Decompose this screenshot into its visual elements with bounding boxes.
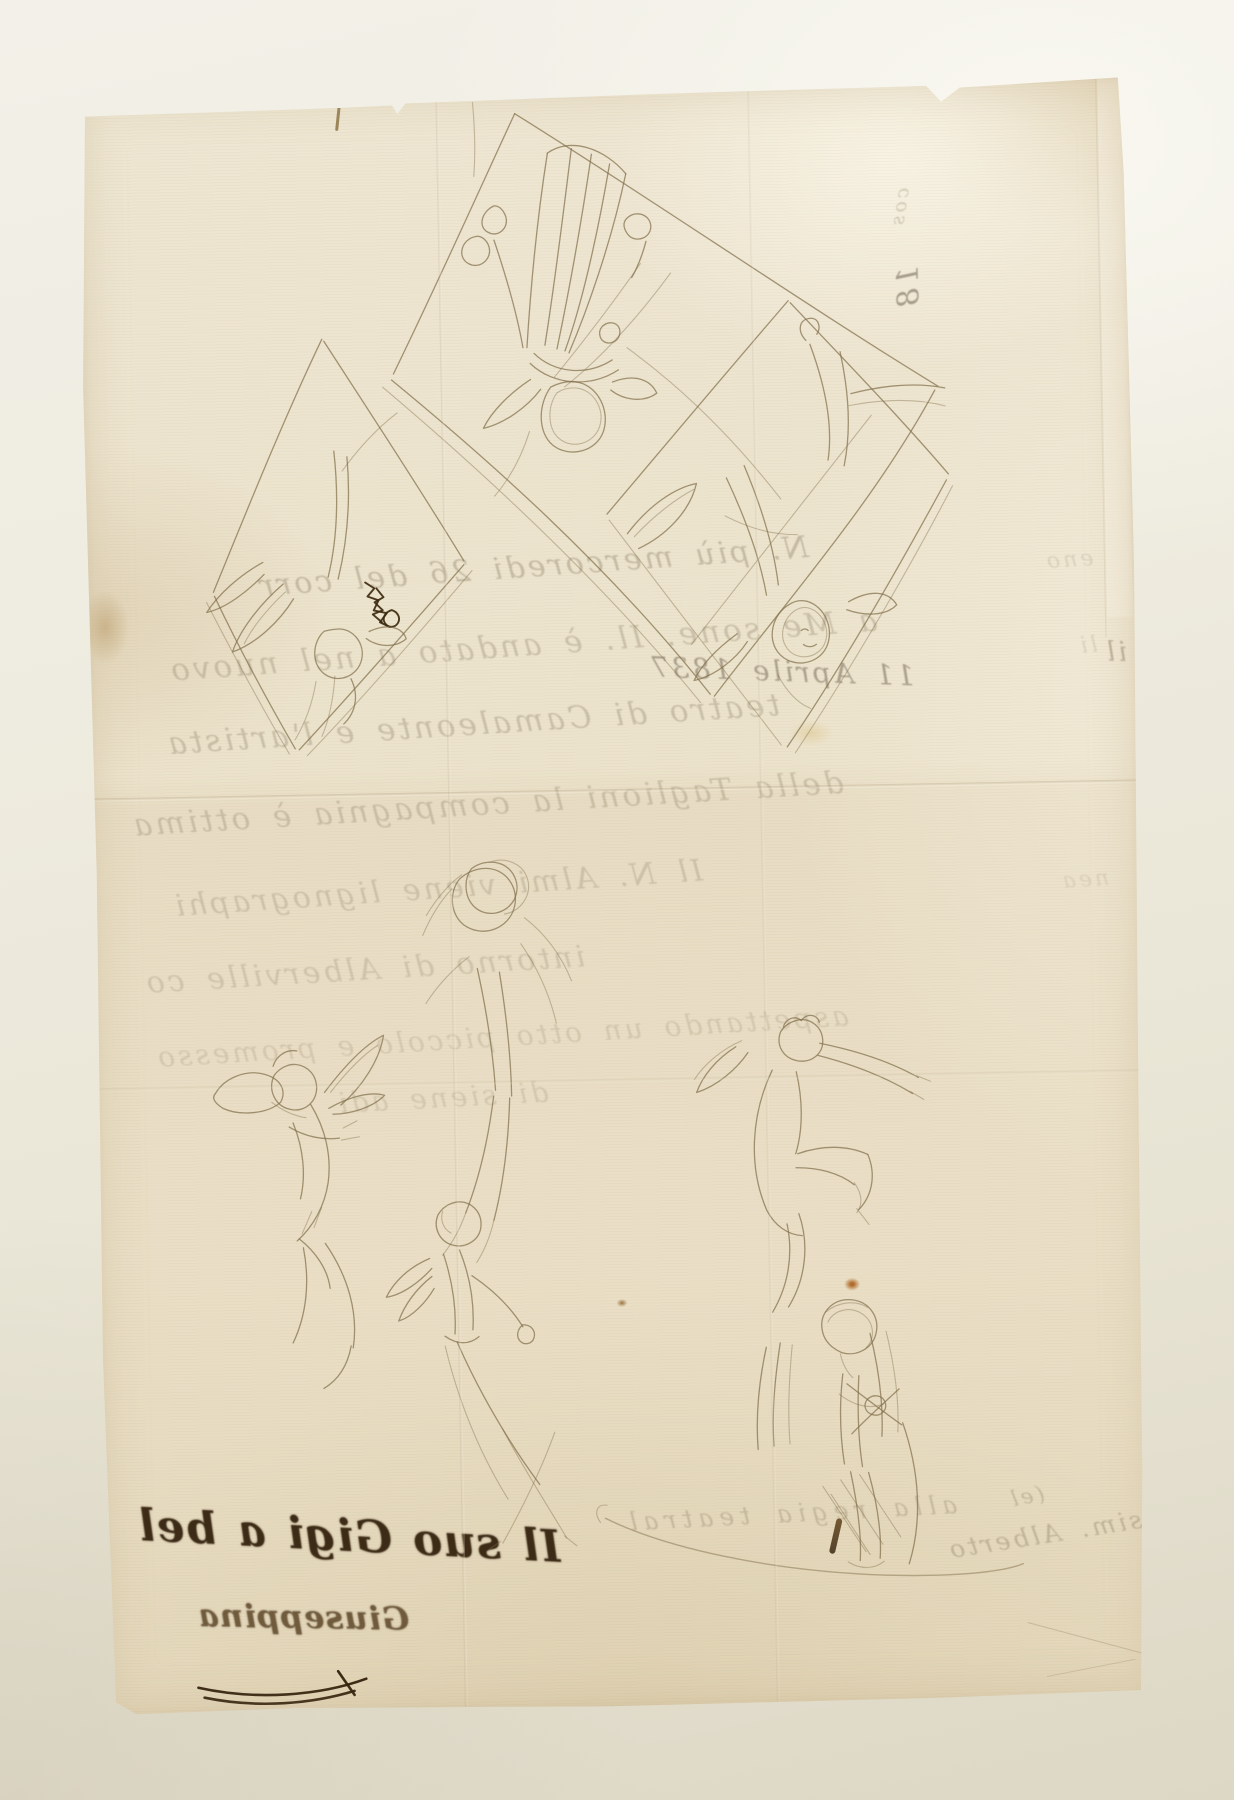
sketch-fairy-center-lower <box>385 1200 577 1551</box>
lozenge-left-frame <box>202 337 476 758</box>
photograph-background: N. più mercoredi 26 del corr a Me sone. … <box>0 0 1234 1800</box>
sketch-angel-bottom-right <box>755 1298 919 1569</box>
sketch-ink-flourish <box>198 1671 367 1705</box>
lozenge-right-frame <box>603 298 957 756</box>
sketch-fairy-lower-right <box>693 1013 934 1313</box>
sketch-curved-line-bottom <box>597 1497 1024 1581</box>
sketch-sylph-right <box>623 316 950 712</box>
manuscript-sheet: N. più mercoredi 26 del corr a Me sone. … <box>77 77 1155 1716</box>
sketch-sylph-center <box>460 142 781 505</box>
sketch-layer <box>77 77 1155 1716</box>
sketch-sylph-left <box>203 413 408 742</box>
sketch-figure-center-upper <box>421 859 576 1264</box>
sketch-fairy-lower-left <box>213 1035 390 1390</box>
lozenge-center-frame <box>377 94 943 708</box>
